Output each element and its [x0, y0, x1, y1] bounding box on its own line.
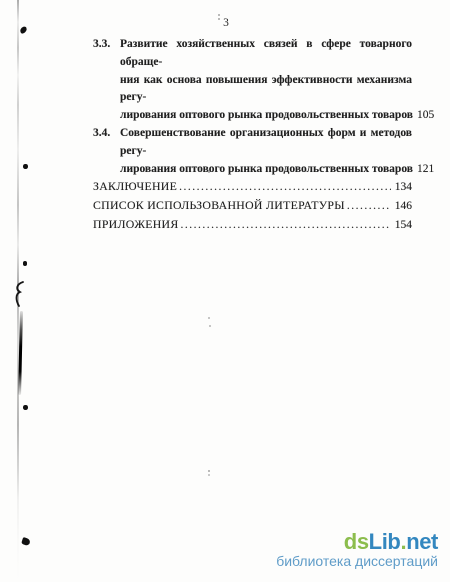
scan-artifact-squiggle	[13, 280, 26, 313]
toc-page-number: 121	[413, 161, 434, 179]
scan-speck	[209, 325, 211, 327]
toc-entry-3-3-line-2: ния как основа повышения эффективности м…	[93, 72, 412, 108]
toc-entry-3-3-line-1: 3.3. Развитие хозяйственных связей в сфе…	[93, 36, 412, 72]
toc-section-title: СПИСОК ИСПОЛЬЗОВАННОЙ ЛИТЕРАТУРЫ	[93, 197, 345, 215]
scanned-document-page: 3 3.3. Развитие хозяйственных связей в с…	[0, 0, 450, 582]
dot-leader	[179, 217, 391, 235]
toc-entry-text: Совершенствование организационных форм и…	[120, 125, 412, 161]
toc-entry-text: лирования оптового рынка продовольственн…	[120, 161, 413, 179]
dslib-watermark: dsLib.net библиотека диссертаций	[276, 532, 438, 568]
table-of-contents: 3.3. Развитие хозяйственных связей в сфе…	[93, 36, 412, 235]
toc-entry-3-4-line-1: 3.4. Совершенствование организационных ф…	[93, 125, 412, 161]
scan-artifact-dot	[23, 164, 28, 169]
logo-lib: Lib	[369, 529, 401, 554]
toc-entry-number: 3.3.	[93, 36, 110, 54]
toc-section-appendices: ПРИЛОЖЕНИЯ 154	[93, 216, 412, 235]
scan-artifact-dot	[23, 261, 28, 266]
scan-artifact-mark	[21, 537, 30, 546]
toc-entry-number: 3.4.	[93, 125, 110, 143]
toc-section-title: ПРИЛОЖЕНИЯ	[93, 216, 179, 234]
toc-page-number: 154	[391, 217, 412, 235]
toc-section-bibliography: СПИСОК ИСПОЛЬЗОВАННОЙ ЛИТЕРАТУРЫ 146	[93, 197, 412, 216]
toc-entry-text: лирования оптового рынка продовольственн…	[120, 107, 413, 125]
dslib-logo: dsLib.net	[276, 532, 438, 552]
scan-speck	[208, 470, 210, 472]
dslib-subtitle: библиотека диссертаций	[276, 554, 438, 568]
toc-page-number: 134	[391, 179, 412, 197]
toc-entry-text: Развитие хозяйственных связей в сфере то…	[120, 36, 412, 72]
toc-entry-3-3-line-3: лирования оптового рынка продовольственн…	[93, 107, 412, 125]
logo-ds: ds	[344, 529, 369, 554]
logo-net: net	[406, 529, 438, 554]
toc-entry-3-4-line-2: лирования оптового рынка продовольственн…	[93, 161, 412, 179]
scan-speck	[208, 474, 210, 476]
toc-page-number: 146	[391, 198, 412, 216]
scan-artifact-streak	[18, 311, 23, 395]
toc-page-number: 105	[413, 107, 434, 125]
scan-speck	[208, 317, 210, 319]
dot-leader	[177, 179, 391, 197]
toc-entry-text: ния как основа повышения эффективности м…	[120, 72, 412, 108]
toc-section-conclusion: ЗАКЛЮЧЕНИЕ 134	[93, 178, 412, 197]
dot-leader	[345, 198, 391, 216]
scan-artifact-dot	[23, 405, 28, 410]
scan-speck	[218, 14, 220, 16]
toc-section-title: ЗАКЛЮЧЕНИЕ	[93, 178, 177, 196]
page-number: 3	[0, 17, 450, 29]
